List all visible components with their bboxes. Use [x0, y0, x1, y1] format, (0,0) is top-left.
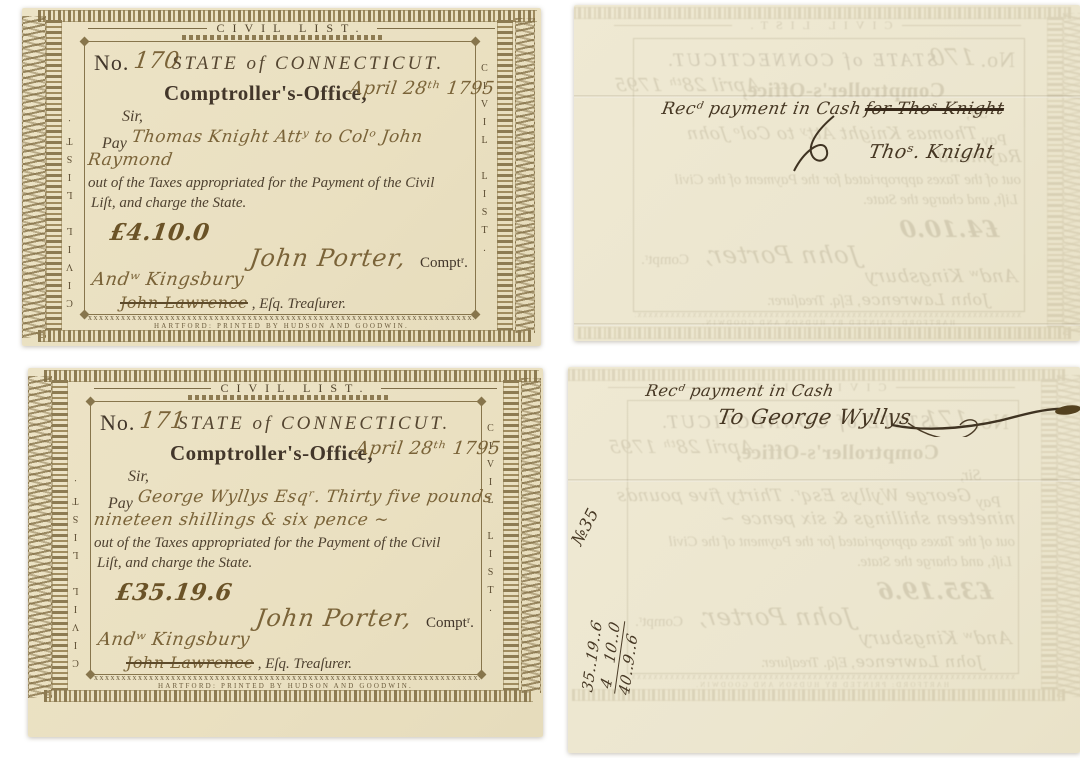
pen-flourish [786, 113, 856, 175]
pay-order-170-front: CIVIL LIST. CIVIL LIST. CIVIL LIST. xxxx… [22, 8, 541, 346]
ghost-text: Comptʳ. [641, 252, 689, 269]
ghost-text: Comptroller's-Office, [736, 440, 939, 465]
pay-order-171-front: CIVIL LIST. CIVIL LIST. CIVIL LIST. xxxx… [28, 368, 543, 737]
amount: £4.10.0 [108, 219, 211, 246]
amount: £35.19.6 [114, 579, 234, 606]
comptroller-signature: John Porter, [254, 604, 414, 632]
banner-rule-left [88, 28, 207, 29]
wyllys-signature: To George Wyllys [716, 405, 913, 429]
ghost-text: 170 [928, 45, 977, 71]
banner-title: CIVIL LIST. [207, 21, 377, 36]
side-text-left: CIVIL LIST. [70, 463, 81, 668]
knight-signature: Thoˢ. Knight [867, 141, 996, 163]
ghost-banner: CIVIL LIST. [733, 18, 903, 33]
treasurer-line: John Lawrence , Eſq. Treaſurer. [120, 293, 346, 313]
ghost-text: George Wyllys Esqʳ. Thirty five pounds [615, 486, 972, 506]
ghost-text: xxxxxxxxxxxxxxxxxxxxxxxxxxxxxxxxxxxxxxxx… [629, 672, 1015, 681]
fold-crease [568, 479, 1080, 482]
banner-rule-right [377, 28, 496, 29]
salutation: Sir, [128, 468, 149, 486]
ornament-row: xxxxxxxxxxxxxxxxxxxxxxxxxxxxxxxxxxxxxxxx… [94, 673, 480, 682]
kingsbury-signature: Andʷ Kingsbury [91, 269, 246, 290]
left-vine-border [22, 16, 46, 338]
printer-imprint: HARTFORD: PRINTED BY HUDSON AND GOODWIN. [102, 322, 461, 330]
ghost-chain [1047, 17, 1063, 327]
ghost-ornament [572, 689, 1065, 701]
note-number: №35 [568, 505, 604, 549]
office-line: Comptroller's-Office, [170, 441, 373, 466]
payee-line-1: George Wyllys Esqʳ. Thirty five pounds [137, 487, 494, 507]
comptroller-signature: John Porter, [248, 244, 408, 272]
pay-order-171-back: CIVIL LIST. No. 171 STATE of CONNECTICUT… [568, 367, 1080, 753]
body-line-1: out of the Taxes appropriated for the Pa… [94, 535, 440, 552]
bottom-border-ornament [44, 690, 533, 702]
banner-ornament [182, 35, 382, 40]
ghost-text: £4.10.0 [898, 216, 1001, 243]
right-vine-border [515, 18, 535, 333]
frame-corner [477, 397, 487, 407]
office-line: Comptroller's-Office, [164, 81, 367, 106]
state-title: STATE of CONNECTICUT. [172, 53, 444, 75]
banner: CIVIL LIST. [88, 21, 495, 36]
salutation: Sir, [122, 108, 143, 126]
number-label: No. [100, 410, 135, 436]
banner: CIVIL LIST. [94, 381, 497, 396]
ghost-frame [627, 400, 1019, 674]
right-vine-border [521, 378, 541, 693]
treasurer-title: , Eſq. Treaſurer. [252, 296, 346, 312]
ghost-text: John Porter, [695, 603, 855, 631]
ghost-text: £35.19.6 [875, 578, 995, 605]
date-handwritten: April 28ᵗʰ 1795 [349, 78, 496, 99]
left-chain-border [52, 380, 68, 690]
treasurer-title: , Eſq. Treaſurer. [258, 656, 352, 672]
banner-ornament [188, 395, 388, 400]
ghost-text: No. [980, 47, 1015, 73]
ghost-text: out of the Taxes appropriated for the Pa… [669, 534, 1015, 551]
date-handwritten: April 28ᵗʰ 1795 [355, 438, 502, 459]
treasurer-name-struck: John Lawrence [126, 653, 254, 672]
comptroller-title: Comptʳ. [426, 615, 474, 632]
printer-imprint: HARTFORD: PRINTED BY HUDSON AND GOODWIN. [108, 682, 463, 690]
side-text-left: CIVIL LIST. [64, 103, 75, 308]
body-line-2: Liſt, and charge the State. [91, 195, 246, 212]
frame-corner [471, 37, 481, 47]
banner-rule-left [94, 388, 211, 389]
ghost-text: John Lawrence [861, 290, 989, 309]
kingsbury-signature: Andʷ Kingsbury [97, 629, 252, 650]
body-line-1: out of the Taxes appropriated for the Pa… [88, 175, 434, 192]
ghost-frame [633, 38, 1025, 312]
bottom-border-ornament [38, 330, 531, 342]
ghost-text: Sir, [960, 467, 981, 485]
pen-flourish [890, 395, 1080, 437]
ghost-text: John Lawrence [855, 652, 983, 671]
sum-block: 35..19..6 4 10..0 40..9..6 [578, 618, 643, 697]
ghost-text: April 28ᵗʰ 1795 [607, 437, 754, 458]
ornament-row: xxxxxxxxxxxxxxxxxxxxxxxxxxxxxxxxxxxxxxxx… [88, 313, 474, 322]
frame-corner [86, 397, 96, 407]
ghost-text: Andʷ Kingsbury [858, 628, 1013, 649]
banner-title: CIVIL LIST. [211, 381, 381, 396]
right-chain-border [503, 380, 519, 690]
scanned-documents-page: CIVIL LIST. CIVIL LIST. CIVIL LIST. xxxx… [0, 0, 1080, 758]
ghost-text: , Eſq. Treaſurer. [761, 655, 855, 671]
ghost-text: STATE of CONNECTICUT. [665, 50, 937, 72]
state-title: STATE of CONNECTICUT. [178, 413, 450, 435]
pay-order-170-back: CIVIL LIST. No. 170 STATE of CONNECTICUT… [574, 5, 1080, 341]
number-label: No. [94, 50, 129, 76]
receipt-struck-text: for Thoˢ Knight [864, 99, 1006, 119]
ghost-text: Pay [976, 494, 1001, 512]
banner-rule-right [381, 388, 498, 389]
ghost-ornament [568, 369, 1065, 381]
payee-line-2: Raymond [87, 150, 174, 170]
ghost-text: nineteen shillings & six pence ~ [719, 509, 1017, 529]
ghost-ornament [578, 327, 1071, 339]
comptroller-title: Comptʳ. [420, 255, 468, 272]
left-vine-border [28, 376, 52, 698]
treasurer-line: John Lawrence , Eſq. Treaſurer. [126, 653, 352, 673]
ghost-text: , Eſq. Treaſurer. [767, 293, 861, 309]
ghost-vine [1063, 13, 1080, 335]
right-chain-border [497, 20, 513, 330]
ghost-text: xxxxxxxxxxxxxxxxxxxxxxxxxxxxxxxxxxxxxxxx… [635, 310, 1021, 319]
fold-crease [574, 95, 1080, 98]
payee-line-2: nineteen shillings & six pence ~ [93, 510, 391, 530]
ghost-ornament [574, 7, 1071, 19]
ghost-text: Liſt, and charge the State. [863, 192, 1018, 209]
body-line-2: Liſt, and charge the State. [97, 555, 252, 572]
payee-line-1: Thomas Knight Attʸ to Colᵒ John [131, 127, 425, 147]
frame-corner [80, 37, 90, 47]
ghost-text: Liſt, and charge the State. [857, 554, 1012, 571]
receipt-text: Recᵈ payment in Cash [644, 381, 835, 400]
ghost-text: John Porter, [701, 241, 861, 269]
treasurer-name-struck: John Lawrence [120, 293, 248, 312]
ghost-text: April 28ᵗʰ 1795 [613, 75, 760, 96]
ghost-text: Andʷ Kingsbury [864, 266, 1019, 287]
ghost-text: HARTFORD: PRINTED BY HUDSON AND GOODWIN. [642, 681, 1001, 689]
fold-crease [574, 323, 1080, 326]
left-chain-border [46, 20, 62, 330]
